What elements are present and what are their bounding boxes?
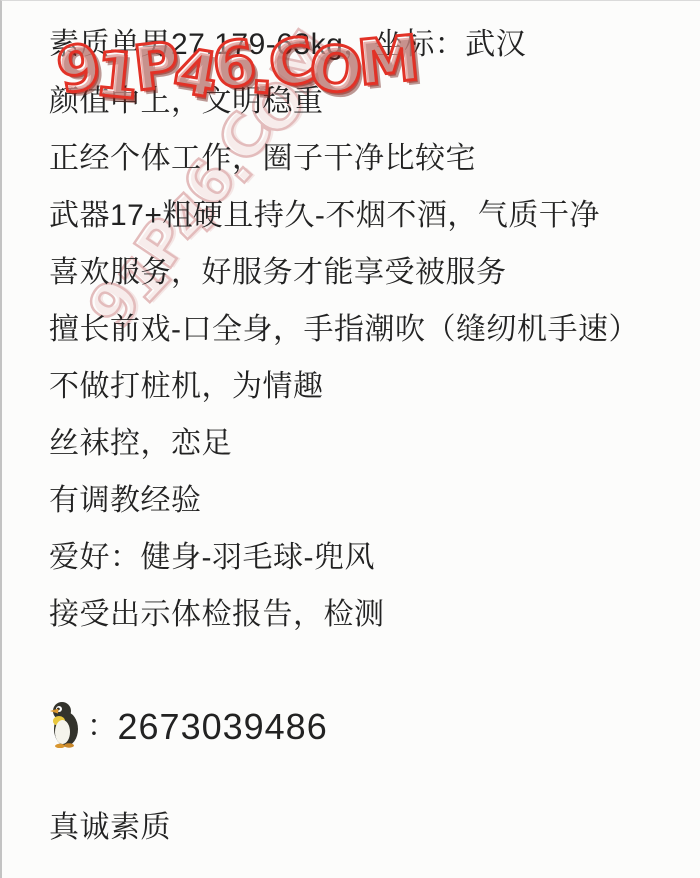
profile-line-looks: 颜值中上，文明稳重 [49,73,690,130]
profile-line-job: 正经个体工作，圈子干净比较宅 [49,130,690,187]
profile-line-skills: 擅长前戏-口全身，手指潮吹（缝纫机手速） [49,301,690,358]
footer-line: 真诚素质 [49,799,690,856]
profile-line-stats: 素质单男27.179-63kg，坐标：武汉 [49,16,690,73]
profile-line-style: 不做打桩机，为情趣 [49,358,690,415]
profile-line-service: 喜欢服务，好服务才能享受被服务 [49,244,690,301]
qq-separator: ： [87,698,118,755]
profile-line-fetish: 丝袜控，恋足 [49,415,690,472]
profile-line-hobbies: 爱好：健身-羽毛球-兜风 [49,529,690,586]
profile-line-exp: 有调教经验 [49,472,690,529]
profile-line-traits: 武器17+粗硬且持久-不烟不酒，气质干净 [49,187,690,244]
qq-contact-line: ： 2673039486 [49,698,690,755]
qq-number: 2673039486 [118,698,328,755]
penguin-icon [49,701,81,748]
profile-text-block: 素质单男27.179-63kg，坐标：武汉 颜值中上，文明稳重 正经个体工作，圈… [2,1,700,856]
screenshot-page: 91P46.COM 素质单男27.179-63kg，坐标：武汉 颜值中上，文明稳… [0,0,700,878]
profile-line-health: 接受出示体检报告，检测 [49,586,690,643]
